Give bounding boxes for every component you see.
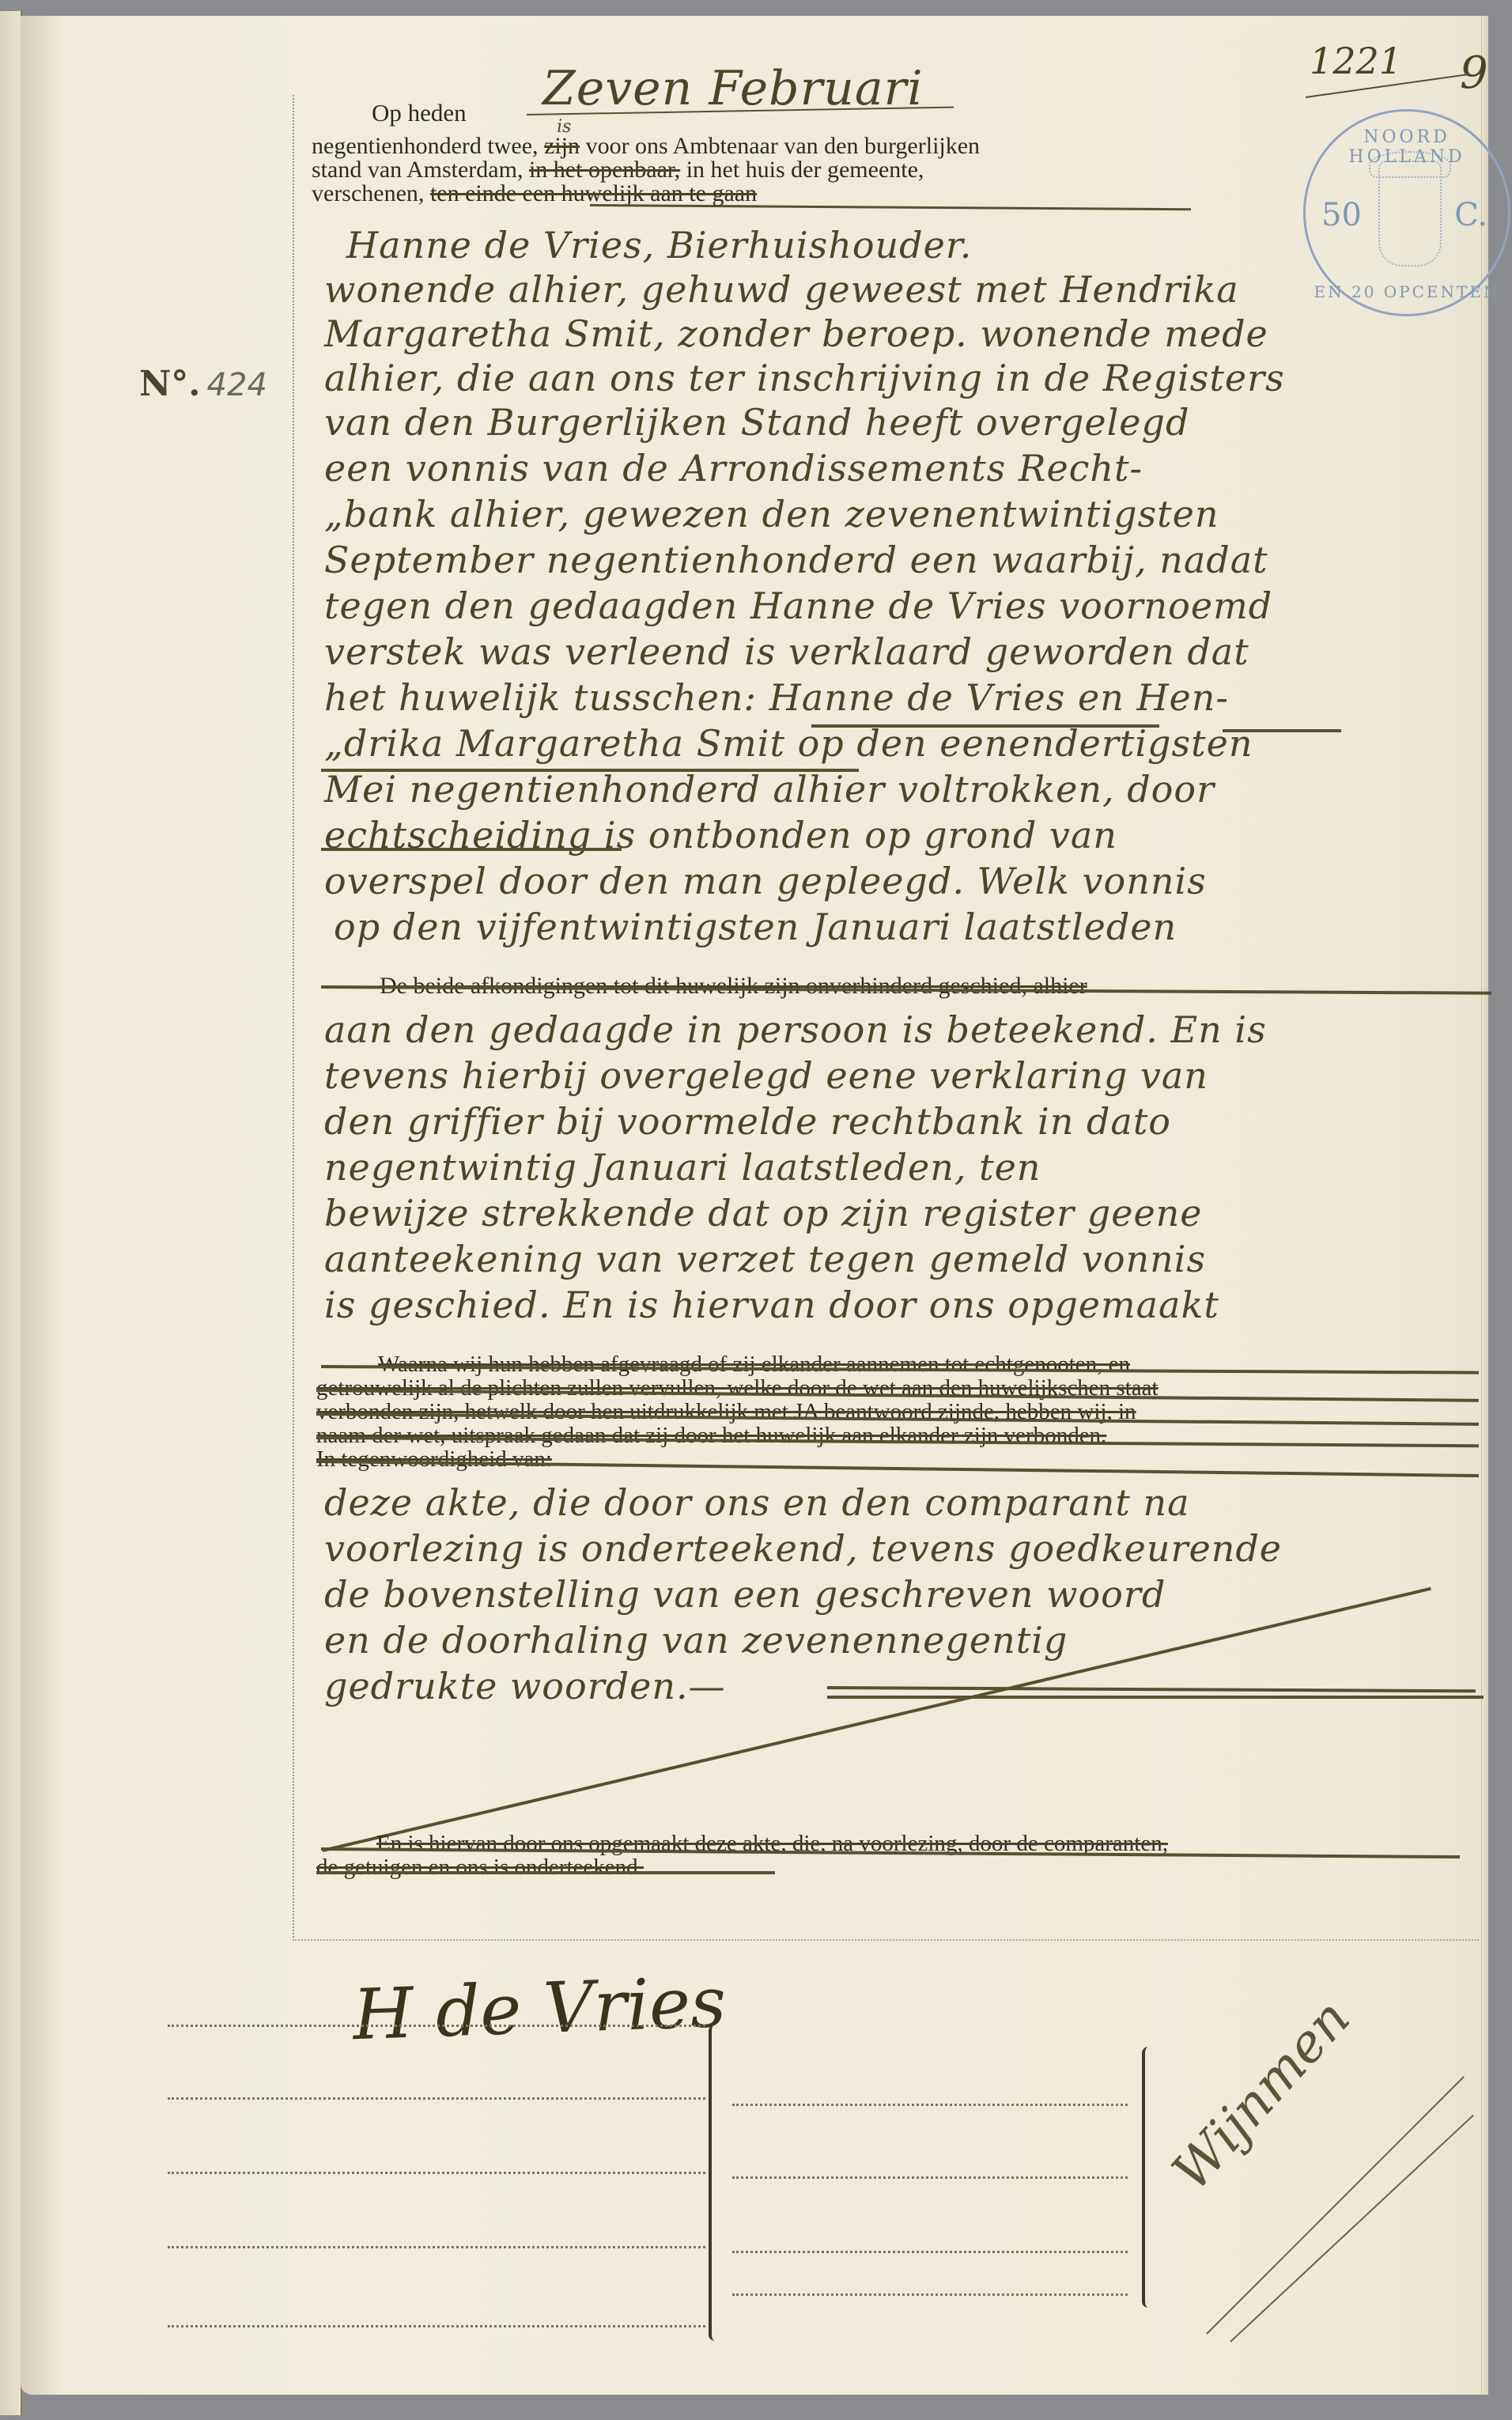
handwritten-line: negentwintig Januari laatstleden, ten (324, 1145, 1041, 1189)
handwritten-line: bewijze strekkende dat op zijn register … (324, 1191, 1203, 1235)
folio-number: 1221 9 (1302, 40, 1507, 111)
handwritten-line: wonende alhier, gehuwd geweest met Hendr… (324, 267, 1239, 312)
record-number: N°.424 (139, 364, 267, 404)
folio-right: 9 (1460, 47, 1488, 99)
filler-line (827, 1686, 1476, 1692)
handwritten-line: alhier, die aan ons ter inschrijving in … (324, 356, 1285, 400)
previous-page-edge (0, 11, 22, 2415)
header-line-2: negentienhonderd twee, zijnis voor ons A… (312, 134, 980, 158)
word-underline (321, 848, 622, 851)
margin-rule (293, 95, 294, 1938)
handwritten-line: gedrukte woorden.— (324, 1664, 726, 1708)
signature-line (168, 2246, 705, 2248)
printed-text: negentienhonderd twee, (312, 133, 539, 159)
struck-printed-line: In tegenwoordigheid van: (316, 1447, 552, 1471)
handwritten-line: aanteekening van verzet tegen gemeld von… (324, 1237, 1206, 1281)
stamp-value: 50 (1321, 197, 1362, 233)
stamp-currency: C. (1454, 197, 1487, 233)
handwritten-line: voorlezing is onderteekend, tevens goedk… (324, 1526, 1282, 1571)
header-line-3: stand van Amsterdam, in het openbaar, in… (312, 158, 924, 182)
signature-flourish-line (1230, 2115, 1474, 2342)
struck-text: in het openbaar, (529, 157, 680, 183)
signature-line (732, 2176, 1128, 2179)
register-page: 1221 9 NOORD HOLLAND 50 C. EN 20 OPCENTE… (21, 16, 1488, 2395)
signature-line (732, 2293, 1128, 2296)
signature-comparant: H de Vries (351, 1961, 727, 2055)
handwritten-line: „bank alhier, gewezen den zevenentwintig… (324, 492, 1219, 536)
printed-text: stand van Amsterdam, (312, 157, 523, 183)
handwritten-line: aan den gedaagde in persoon is beteekend… (324, 1008, 1267, 1052)
handwritten-line: van den Burgerlijken Stand heeft overgel… (324, 400, 1189, 444)
text-block-bottom-rule (293, 1939, 1479, 1941)
name-underline (811, 724, 1159, 728)
signature-line (168, 2325, 705, 2327)
printed-text: verschenen, (312, 180, 424, 206)
signature-line (732, 2104, 1128, 2106)
record-number-value: 424 (207, 367, 267, 403)
handwritten-line: verstek was verleend is verklaard geword… (324, 630, 1249, 674)
handwritten-line: is geschied. En is hiervan door ons opge… (324, 1283, 1219, 1327)
handwritten-line: en de doorhaling van zevenennegentig (324, 1618, 1068, 1662)
handwritten-line: een vonnis van de Arrondissements Recht- (324, 446, 1143, 490)
handwritten-line: de bovenstelling van een geschreven woor… (324, 1572, 1166, 1616)
signature-line (168, 2097, 705, 2100)
name-underline (321, 769, 859, 772)
struck-printed-line: de getuigen en ons is onderteekend. (316, 1855, 644, 1879)
printed-text: in het huis der gemeente, (686, 157, 924, 183)
binding-shadow (21, 16, 60, 2395)
brace-right (1142, 2047, 1156, 2308)
signature-line (732, 2251, 1128, 2253)
brace-left (709, 2025, 723, 2341)
handwritten-line: tegen den gedaagden Hanne de Vries voorn… (324, 584, 1272, 628)
record-number-label: N°. (139, 364, 201, 404)
signature-line (168, 2025, 705, 2027)
handwritten-line: deze akte, die door ons en den comparant… (324, 1480, 1190, 1525)
tax-stamp-icon: NOORD HOLLAND 50 C. EN 20 OPCENTEN (1303, 109, 1510, 316)
handwritten-line: Margaretha Smit, zonder beroep. wonende … (324, 312, 1268, 356)
handwritten-line: den griffier bij voormelde rechtbank in … (324, 1099, 1171, 1144)
header-line-4: verschenen, ten einde een huwelijk aan t… (312, 182, 757, 206)
struck-text: zijnis (544, 133, 580, 159)
handwritten-line: Hanne de Vries, Bierhuishouder. (346, 223, 972, 267)
folio-left: 1221 (1310, 40, 1402, 82)
stamp-province: NOORD HOLLAND (1306, 127, 1508, 167)
handwritten-line: tevens hierbij overgelegd eene verklarin… (324, 1053, 1208, 1098)
handwritten-line: Mei negentienhonderd alhier voltrokken, … (324, 767, 1215, 811)
coat-of-arms-icon (1378, 161, 1442, 267)
handwritten-line: „drika Margaretha Smit op den eenenderti… (324, 721, 1253, 766)
strike-line (590, 204, 1191, 210)
header-line-1: Op heden (372, 101, 467, 125)
strike-line (316, 1871, 775, 1874)
handwritten-line: September negentienhonderd een waarbij, … (324, 538, 1268, 582)
struck-text: ten einde een huwelijk aan te gaan (430, 180, 757, 206)
handwritten-line: overspel door den man gepleegd. Welk von… (324, 859, 1207, 903)
signature-official: Wijnmen (1160, 1988, 1362, 2203)
inserted-word: is (557, 115, 571, 139)
handwritten-line: op den vijfentwintigsten Januari laatstl… (334, 905, 1177, 949)
signature-line (168, 2172, 705, 2174)
date-handwritten: Zeven Februari (542, 66, 924, 111)
stamp-surcharge: EN 20 OPCENTEN (1306, 282, 1508, 301)
printed-text: voor ons Ambtenaar van den burgerlijken (586, 133, 981, 159)
page-edge (1481, 16, 1488, 2395)
printed-text: Op heden (372, 99, 467, 127)
name-underline (1223, 729, 1341, 732)
struck-printed-line: Waarna wij hun hebben afgevraagd of zij … (378, 1352, 1130, 1376)
handwritten-line: het huwelijk tusschen: Hanne de Vries en… (324, 675, 1229, 720)
filler-line (827, 1696, 1484, 1699)
